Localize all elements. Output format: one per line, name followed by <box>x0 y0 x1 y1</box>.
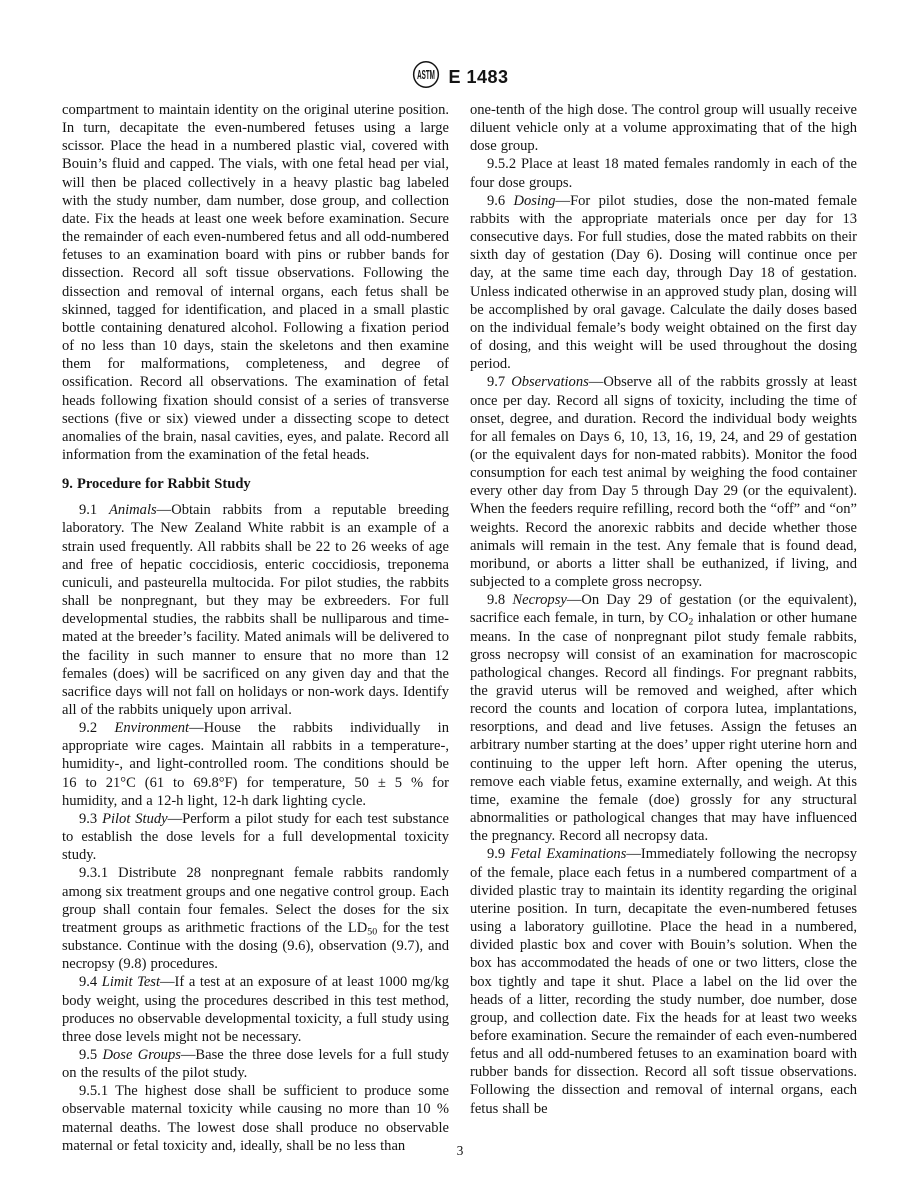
paragraph: 9.6 Dosing—For pilot studies, dose the n… <box>470 192 857 374</box>
svg-text:ASTM: ASTM <box>418 67 436 82</box>
text-run: Pilot Study <box>102 811 168 827</box>
paragraph: 9.3.1 Distribute 28 nonpregnant female r… <box>62 864 449 973</box>
text-run: Observations <box>511 374 589 390</box>
paragraph: compartment to maintain identity on the … <box>62 101 449 464</box>
text-column-left: compartment to maintain identity on the … <box>62 101 449 1155</box>
page-header: ASTM E 1483 <box>0 60 920 94</box>
section-heading: 9. Procedure for Rabbit Study <box>62 475 449 493</box>
text-run: Limit Test <box>102 974 160 990</box>
paragraph: 9.5 Dose Groups—Base the three dose leve… <box>62 1046 449 1082</box>
page-footer: 3 <box>0 1143 920 1159</box>
text-run: Environment <box>114 720 189 736</box>
text-run: Necropsy <box>512 592 566 608</box>
paragraph: 9.2 Environment—House the rabbits indivi… <box>62 719 449 810</box>
paragraph: one-tenth of the high dose. The control … <box>470 101 857 155</box>
paragraph: 9.8 Necropsy—On Day 29 of gestation (or … <box>470 591 857 845</box>
text-column-right: one-tenth of the high dose. The control … <box>470 101 857 1118</box>
text-run: Fetal Examinations <box>510 846 626 862</box>
page-number: 3 <box>457 1143 464 1158</box>
paragraph: 9.3 Pilot Study—Perform a pilot study fo… <box>62 810 449 864</box>
paragraph: 9.9 Fetal Examinations—Immediately follo… <box>470 845 857 1117</box>
paragraph: 9.1 Animals—Obtain rabbits from a reputa… <box>62 501 449 719</box>
standard-designation: E 1483 <box>448 67 508 88</box>
text-run: Dose Groups <box>103 1047 181 1063</box>
text-run: 50 <box>367 926 377 937</box>
text-run: Dosing <box>513 193 555 209</box>
document-page: ASTM E 1483 compartment to maintain iden… <box>0 0 920 1191</box>
text-run: Animals <box>109 502 157 518</box>
paragraph: 9.5.2 Place at least 18 mated females ra… <box>470 155 857 191</box>
paragraph: 9.4 Limit Test—If a test at an exposure … <box>62 973 449 1046</box>
text-run: 2 <box>688 617 693 628</box>
astm-logo-icon: ASTM <box>411 60 441 94</box>
text-run: 9. Procedure for Rabbit Study <box>62 476 251 492</box>
paragraph: 9.7 Observations—Observe all of the rabb… <box>470 373 857 591</box>
